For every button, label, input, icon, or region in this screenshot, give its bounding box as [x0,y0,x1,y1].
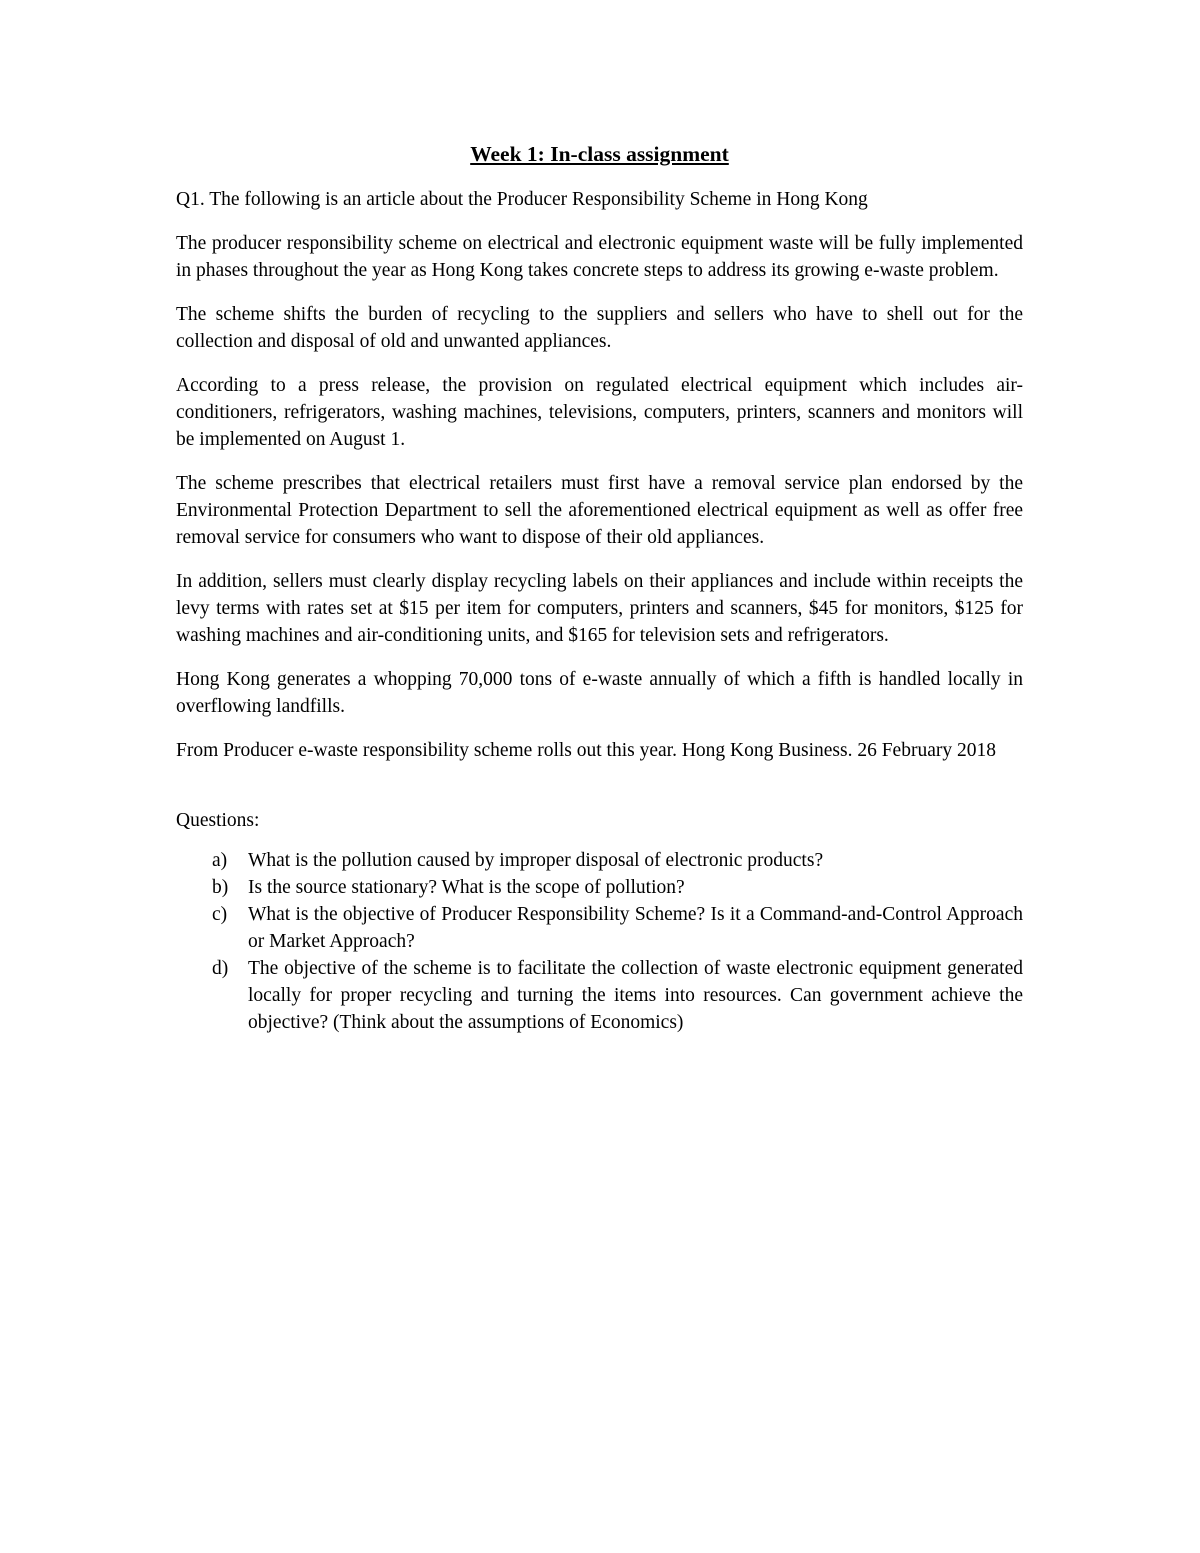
article-paragraph: Hong Kong generates a whopping 70,000 to… [176,666,1023,720]
question-marker: d) [212,955,248,1036]
article-paragraph: According to a press release, the provis… [176,372,1023,453]
question-marker: c) [212,901,248,955]
questions-heading: Questions: [176,807,1023,834]
question-intro: Q1. The following is an article about th… [176,186,1023,213]
question-marker: b) [212,874,248,901]
question-item: c) What is the objective of Producer Res… [176,901,1023,955]
questions-list: a) What is the pollution caused by impro… [176,847,1023,1036]
question-marker: a) [212,847,248,874]
question-text: Is the source stationary? What is the sc… [248,874,1023,901]
article-paragraph: In addition, sellers must clearly displa… [176,568,1023,649]
article-paragraph: The producer responsibility scheme on el… [176,230,1023,284]
question-item: d) The objective of the scheme is to fac… [176,955,1023,1036]
question-item: a) What is the pollution caused by impro… [176,847,1023,874]
article-paragraph: From Producer e-waste responsibility sch… [176,737,1023,764]
question-text: The objective of the scheme is to facili… [248,955,1023,1036]
question-item: b) Is the source stationary? What is the… [176,874,1023,901]
question-text: What is the pollution caused by improper… [248,847,1023,874]
article-paragraph: The scheme prescribes that electrical re… [176,470,1023,551]
article-paragraph: The scheme shifts the burden of recyclin… [176,301,1023,355]
document-page: Week 1: In-class assignment Q1. The foll… [0,0,1200,1553]
document-title: Week 1: In-class assignment [176,141,1023,168]
question-text: What is the objective of Producer Respon… [248,901,1023,955]
